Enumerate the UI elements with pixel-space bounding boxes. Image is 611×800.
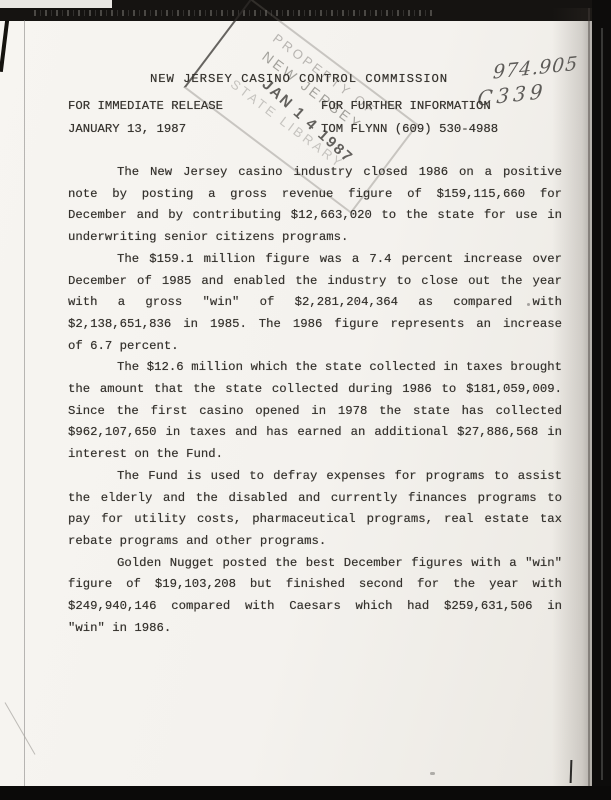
body-line: Since the first casino opened in 1978 th…	[68, 401, 562, 423]
contact-name-phone: TOM FLYNN (609) 530-4988	[321, 122, 498, 136]
body-line: figure of $19,103,208 but finished secon…	[68, 574, 562, 596]
body-line: the amount that the state collected duri…	[68, 379, 562, 401]
scanned-press-release-page: PROPERTY OF NEW JERSEY STATE LIBRARY JAN…	[0, 0, 611, 800]
page-right-edge-line	[588, 8, 590, 786]
scan-top-white-strip	[0, 0, 112, 8]
body-line: December of 1985 and enabled the industr…	[68, 271, 562, 293]
body-line: pay for utility costs, pharmaceutical pr…	[68, 509, 562, 531]
page-fold-line	[24, 20, 25, 786]
scan-bottom-border	[0, 786, 611, 800]
body-line: Golden Nugget posted the best December f…	[68, 553, 562, 575]
body-line: note by posting a gross revenue figure o…	[68, 184, 562, 206]
body-line: the elderly and the disabled and current…	[68, 488, 562, 510]
body-line: $249,940,146 compared with Caesars which…	[68, 596, 562, 618]
body-line: $2,138,651,836 in 1985. The 1986 figure …	[68, 314, 562, 336]
scan-speck	[430, 772, 435, 775]
adjacent-page-edge	[601, 28, 603, 780]
body-line: The New Jersey casino industry closed 19…	[68, 162, 562, 184]
body-line: rebate programs and other programs.	[68, 531, 562, 553]
body-line: underwriting senior citizens programs.	[68, 227, 562, 249]
body-line: The $159.1 million figure was a 7.4 perc…	[68, 249, 562, 271]
release-date: JANUARY 13, 1987	[68, 122, 186, 136]
body-line: with a gross "win" of $2,281,204,364 as …	[68, 292, 562, 314]
body-line: The $12.6 million which the state collec…	[68, 357, 562, 379]
body-line: December and by contributing $12,663,020…	[68, 205, 562, 227]
document-title: NEW JERSEY CASINO CONTROL COMMISSION	[150, 72, 448, 86]
further-information-label: FOR FURTHER INFORMATION	[321, 99, 491, 113]
body-line: $962,107,650 in taxes and has earned an …	[68, 422, 562, 444]
release-label: FOR IMMEDIATE RELEASE	[68, 99, 223, 113]
press-release-body: The New Jersey casino industry closed 19…	[68, 162, 562, 639]
body-line: interest on the Fund.	[68, 444, 562, 466]
body-line: "win" in 1986.	[68, 618, 562, 640]
scan-top-border-extension	[112, 0, 611, 8]
body-line: of 6.7 percent.	[68, 336, 562, 358]
body-line: The Fund is used to defray expenses for …	[68, 466, 562, 488]
scan-band-specks	[34, 10, 434, 16]
scan-top-border	[0, 6, 611, 21]
